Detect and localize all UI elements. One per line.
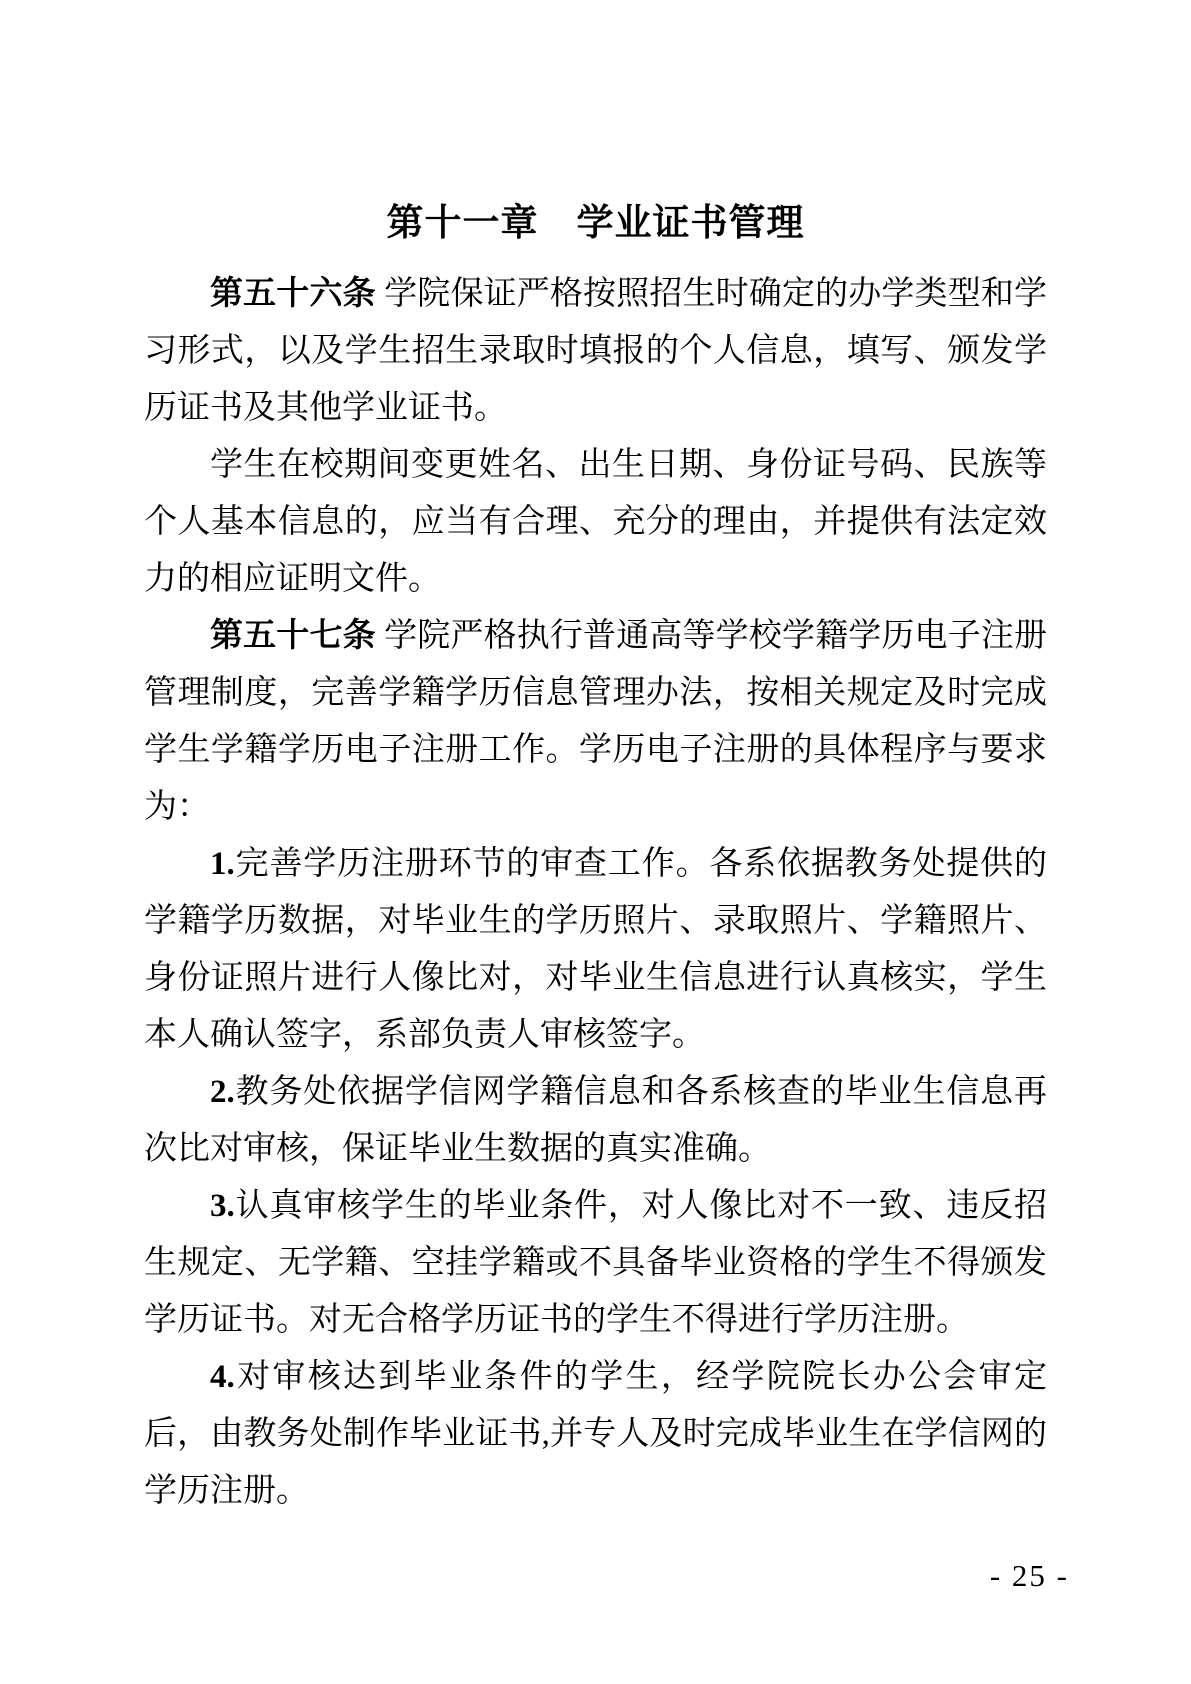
chapter-title: 第十一章 学业证书管理 bbox=[144, 198, 1047, 248]
text-run: 认真审核学生的毕业条件，对人像比对不一致、违反招生规定、无学籍、空挂学籍或不具备… bbox=[144, 1188, 1047, 1338]
paragraph: 1.完善学历注册环节的审查工作。各系依据教务处提供的学籍学历数据，对毕业生的学历… bbox=[144, 836, 1047, 1064]
paragraph: 第五十七条 学院严格执行普通高等学校学籍学历电子注册管理制度，完善学籍学历信息管… bbox=[144, 608, 1047, 836]
document-page: 第十一章 学业证书管理 第五十六条 学院保证严格按照招生时确定的办学类型和学习形… bbox=[0, 0, 1191, 1684]
paragraph: 学生在校期间变更姓名、出生日期、身份证号码、民族等个人基本信息的，应当有合理、充… bbox=[144, 437, 1047, 608]
emphasis-run: 第五十六条 bbox=[210, 276, 376, 312]
paragraph: 3.认真审核学生的毕业条件，对人像比对不一致、违反招生规定、无学籍、空挂学籍或不… bbox=[144, 1178, 1047, 1349]
paragraph: 第五十六条 学院保证严格按照招生时确定的办学类型和学习形式，以及学生招生录取时填… bbox=[144, 266, 1047, 437]
paragraph: 2.教务处依据学信网学籍信息和各系核查的毕业生信息再次比对审核，保证毕业生数据的… bbox=[144, 1064, 1047, 1178]
page-number: - 25 - bbox=[990, 1558, 1069, 1594]
paragraph: 4.对审核达到毕业条件的学生，经学院院长办公会审定后，由教务处制作毕业证书,并专… bbox=[144, 1349, 1047, 1520]
emphasis-run: 1. bbox=[210, 846, 235, 882]
emphasis-run: 4. bbox=[210, 1359, 235, 1395]
emphasis-run: 2. bbox=[210, 1074, 235, 1110]
text-run: 对审核达到毕业条件的学生，经学院院长办公会审定后，由教务处制作毕业证书,并专人及… bbox=[144, 1359, 1047, 1509]
document-body: 第五十六条 学院保证严格按照招生时确定的办学类型和学习形式，以及学生招生录取时填… bbox=[144, 266, 1047, 1520]
emphasis-run: 3. bbox=[210, 1188, 235, 1224]
text-run: 教务处依据学信网学籍信息和各系核查的毕业生信息再次比对审核，保证毕业生数据的真实… bbox=[144, 1074, 1047, 1167]
emphasis-run: 第五十七条 bbox=[210, 618, 376, 654]
text-run: 学生在校期间变更姓名、出生日期、身份证号码、民族等个人基本信息的，应当有合理、充… bbox=[144, 447, 1047, 597]
text-run: 完善学历注册环节的审查工作。各系依据教务处提供的学籍学历数据，对毕业生的学历照片… bbox=[144, 846, 1047, 1053]
